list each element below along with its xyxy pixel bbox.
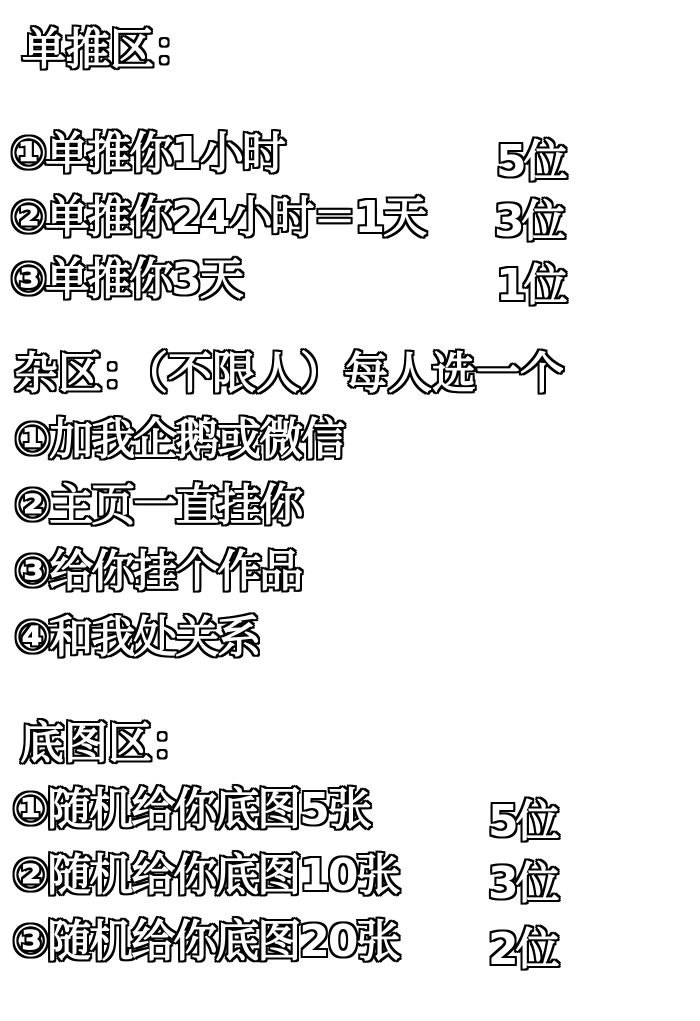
list-item: ②主页一直挂你 bbox=[14, 484, 301, 528]
quota-label: 3位 bbox=[488, 862, 557, 906]
list-item: ①随机给你底图5张 bbox=[12, 788, 370, 832]
quota-label: 1位 bbox=[496, 264, 565, 308]
quota-label: 2位 bbox=[488, 928, 557, 972]
list-item: ②单推你24小时＝1天 bbox=[10, 196, 425, 240]
quota-label: 5位 bbox=[496, 140, 565, 184]
list-item: ③单推你3天 bbox=[10, 258, 242, 302]
list-item: ③随机给你底图20张 bbox=[12, 920, 398, 964]
quota-label: 3位 bbox=[494, 200, 563, 244]
section-title-misc: 杂区：（不限人）每人选一个 bbox=[14, 352, 564, 396]
list-item: ④和我处关系 bbox=[14, 616, 259, 660]
list-item: ①加我企鹅或微信 bbox=[14, 418, 343, 462]
quota-label: 5位 bbox=[488, 800, 557, 844]
list-item: ①单推你1小时 bbox=[10, 132, 284, 176]
list-item: ③给你挂个作品 bbox=[14, 550, 301, 594]
list-item: ②随机给你底图10张 bbox=[12, 854, 398, 898]
section-title-wallpaper: 底图区： bbox=[20, 722, 196, 766]
section-title-single-push: 单推区： bbox=[22, 28, 198, 72]
